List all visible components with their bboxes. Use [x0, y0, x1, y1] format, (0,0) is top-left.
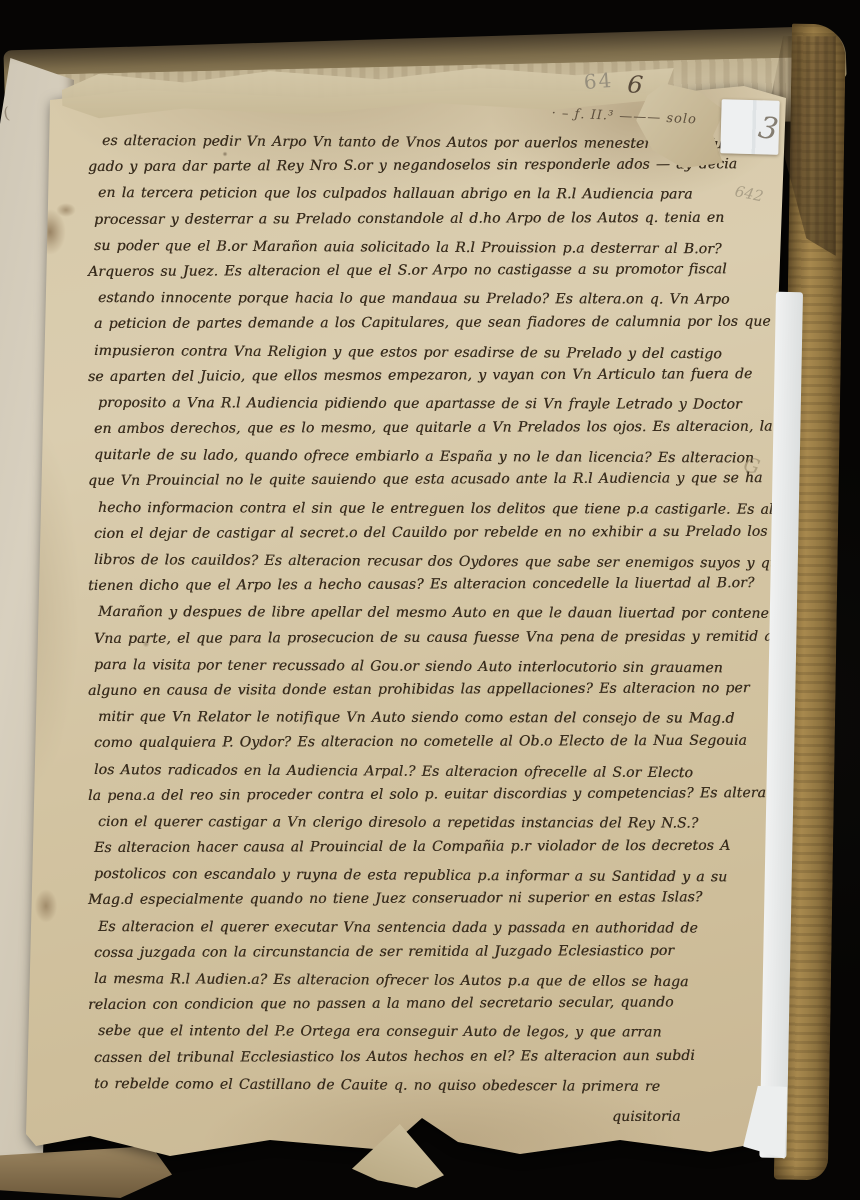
- manuscript-line: cossa juzgada con la circunstancia de se…: [94, 937, 770, 966]
- manuscript-line: processar y desterrar a su Prelado const…: [94, 204, 770, 233]
- manuscript-line: la pena.a del reo sin proceder contra el…: [88, 780, 764, 809]
- manuscript-line: Vna parte, el que para la prosecucion de…: [94, 623, 770, 652]
- manuscript-text: es alteracion pedir Vn Arpo Vn tanto de …: [94, 128, 770, 1130]
- manuscript-line: Mag.d especialmente quando no tiene Juez…: [88, 885, 764, 914]
- manuscript-line: cion el dejar de castigar al secret.o de…: [94, 518, 770, 547]
- manuscript-line: Es alteracion hacer causa al Prouincial …: [94, 833, 770, 862]
- manuscript-line: se aparten del Juicio, que ellos mesmos …: [88, 361, 764, 390]
- pencil-folio-number: 64: [583, 68, 614, 94]
- manuscript-line: que Vn Prouincial no le quite sauiendo q…: [88, 466, 764, 495]
- manuscript-page: es alteracion pedir Vn Arpo Vn tanto de …: [20, 84, 786, 1164]
- manuscript-line: alguno en causa de visita donde estan pr…: [88, 675, 764, 704]
- catchword: quisitoria: [612, 1103, 764, 1130]
- manuscript-line: Arqueros su Juez. Es alteracion el que e…: [88, 256, 764, 285]
- manuscript-line: relacion con condicion que no passen a l…: [88, 989, 764, 1018]
- manuscript-line: a peticion de partes demande a los Capit…: [94, 309, 770, 338]
- ink-folio-number: 6: [626, 70, 644, 99]
- manuscript-line: tienen dicho que el Arpo les a hecho cau…: [88, 570, 764, 599]
- manuscript-page-wrap: es alteracion pedir Vn Arpo Vn tanto de …: [20, 84, 786, 1164]
- manuscript-line: to rebelde como el Castillano de Cauite …: [94, 1071, 770, 1101]
- manuscript-photo: es alteracion pedir Vn Arpo Vn tanto de …: [0, 0, 860, 1200]
- manuscript-line: cassen del tribunal Ecclesiastico los Au…: [94, 1042, 770, 1071]
- manuscript-line: en ambos derechos, que es lo mesmo, que …: [94, 414, 770, 443]
- manuscript-line: como qualquiera P. Oydor? Es alteracion …: [94, 728, 770, 757]
